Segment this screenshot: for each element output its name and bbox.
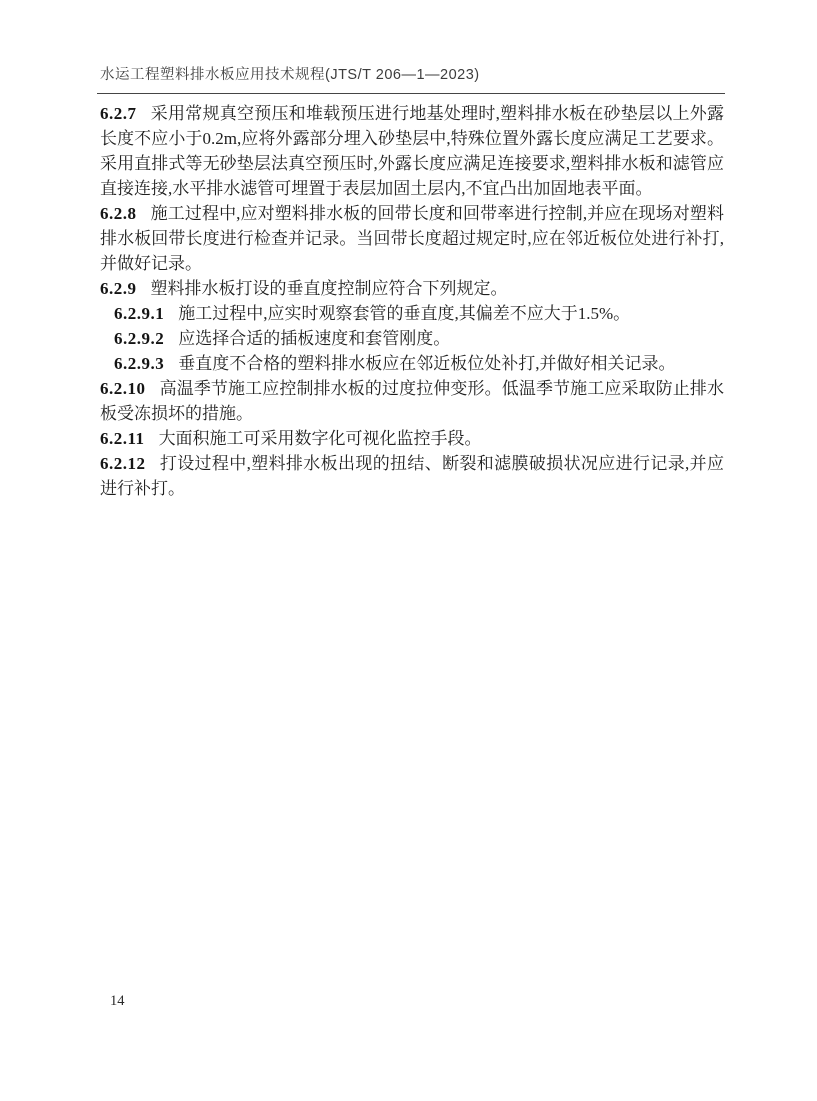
section-text: 高温季节施工应控制排水板的过度拉伸变形。低温季节施工应采取防止排水板受冻损坏的措… [100, 379, 724, 423]
header-rule [97, 93, 725, 94]
section-number: 6.2.12 [100, 454, 146, 473]
section-paragraph: 6.2.9塑料排水板打设的垂直度控制应符合下列规定。 [100, 276, 724, 301]
section-paragraph: 6.2.12打设过程中,塑料排水板出现的扭结、断裂和滤膜破损状况应进行记录,并应… [100, 451, 724, 501]
section-text: 垂直度不合格的塑料排水板应在邻近板位处补打,并做好相关记录。 [178, 354, 675, 373]
section-paragraph: 6.2.9.1施工过程中,应实时观察套管的垂直度,其偏差不应大于1.5%。 [100, 301, 724, 326]
document-body: 6.2.7采用常规真空预压和堆载预压进行地基处理时,塑料排水板在砂垫层以上外露长… [100, 101, 724, 501]
section-text: 塑料排水板打设的垂直度控制应符合下列规定。 [151, 279, 508, 298]
section-number: 6.2.9.1 [114, 304, 164, 323]
section-paragraph: 6.2.9.2应选择合适的插板速度和套管刚度。 [100, 326, 724, 351]
section-text: 打设过程中,塑料排水板出现的扭结、断裂和滤膜破损状况应进行记录,并应进行补打。 [100, 454, 724, 498]
section-number: 6.2.8 [100, 204, 137, 223]
section-text: 应选择合适的插板速度和套管刚度。 [178, 329, 450, 348]
section-number: 6.2.9 [100, 279, 137, 298]
section-paragraph: 6.2.8施工过程中,应对塑料排水板的回带长度和回带率进行控制,并应在现场对塑料… [100, 201, 724, 276]
section-text: 大面积施工可采用数字化可视化监控手段。 [159, 429, 482, 448]
section-text: 采用常规真空预压和堆载预压进行地基处理时,塑料排水板在砂垫层以上外露长度不应小于… [100, 104, 724, 198]
section-paragraph: 6.2.7采用常规真空预压和堆载预压进行地基处理时,塑料排水板在砂垫层以上外露长… [100, 101, 724, 201]
section-text: 施工过程中,应对塑料排水板的回带长度和回带率进行控制,并应在现场对塑料排水板回带… [100, 204, 724, 273]
section-text: 施工过程中,应实时观察套管的垂直度,其偏差不应大于1.5%。 [178, 304, 630, 323]
page-number: 14 [110, 993, 125, 1010]
section-number: 6.2.11 [100, 429, 145, 448]
section-number: 6.2.9.3 [114, 354, 164, 373]
section-paragraph: 6.2.10高温季节施工应控制排水板的过度拉伸变形。低温季节施工应采取防止排水板… [100, 376, 724, 426]
running-header: 水运工程塑料排水板应用技术规程(JTS/T 206—1—2023) [100, 63, 724, 84]
section-paragraph: 6.2.9.3垂直度不合格的塑料排水板应在邻近板位处补打,并做好相关记录。 [100, 351, 724, 376]
document-page: 水运工程塑料排水板应用技术规程(JTS/T 206—1—2023) 6.2.7采… [0, 0, 817, 1101]
section-number: 6.2.10 [100, 379, 146, 398]
section-number: 6.2.9.2 [114, 329, 164, 348]
section-number: 6.2.7 [100, 104, 137, 123]
section-paragraph: 6.2.11大面积施工可采用数字化可视化监控手段。 [100, 426, 724, 451]
